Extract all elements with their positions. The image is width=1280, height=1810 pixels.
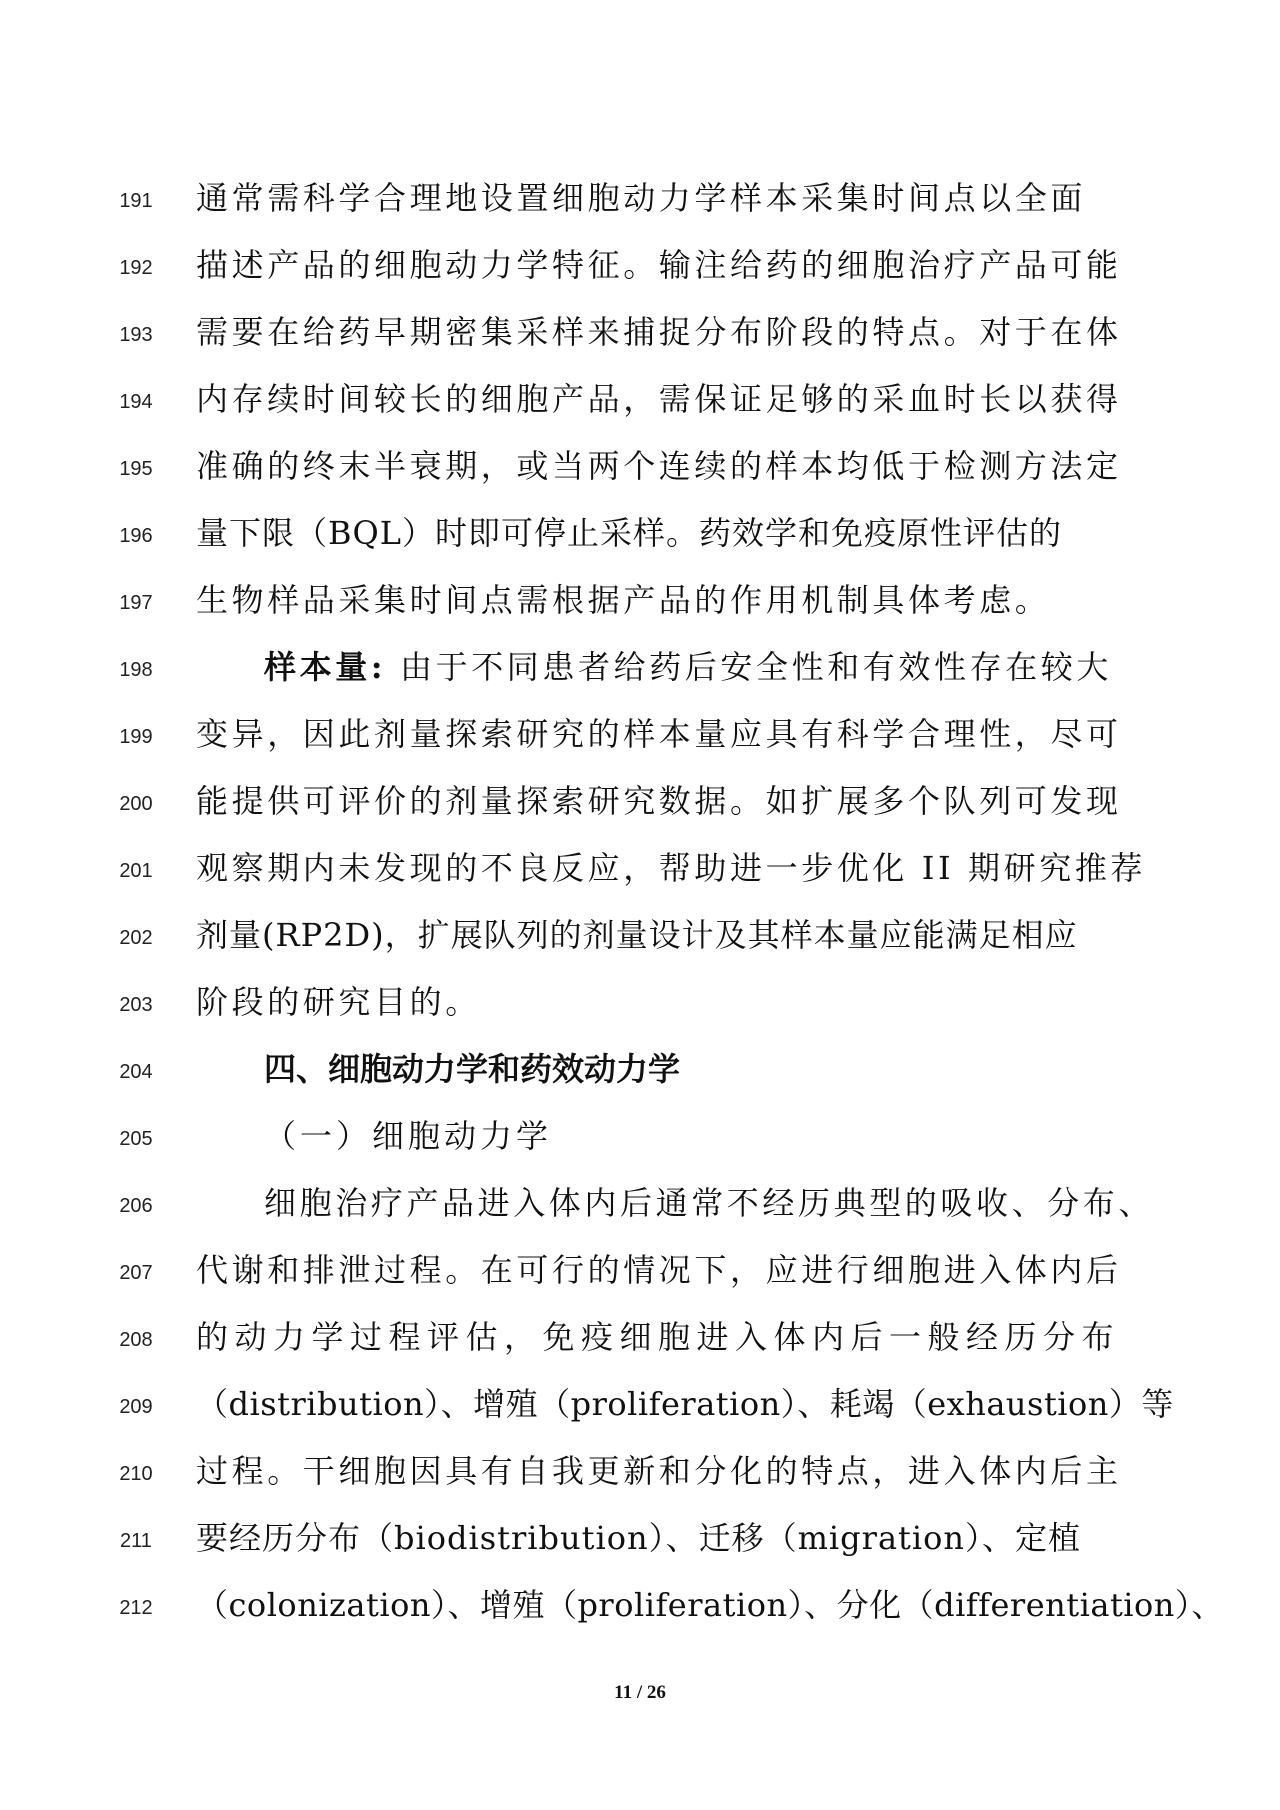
line-text: （distribution）、增殖（proliferation）、耗竭（exha…	[196, 1380, 1096, 1428]
line-text: 细胞治疗产品进入体内后通常不经历典型的吸收、分布、	[264, 1179, 1096, 1227]
page-number-indicator: 11 / 26	[0, 1682, 1280, 1704]
text-line: 208 的动力学过程评估，免疫细胞进入体内后一般经历分布	[0, 1309, 1280, 1376]
text-line: 200 能提供可评价的剂量探索研究数据。如扩展多个队列可发现	[0, 773, 1280, 840]
line-number: 202	[110, 927, 162, 950]
line-number: 193	[110, 324, 162, 347]
line-number: 201	[110, 860, 162, 883]
section-heading-line: 204 四、细胞动力学和药效动力学	[0, 1041, 1280, 1108]
line-text: 量下限（BQL）时即可停止采样。药效学和免疫原性评估的	[196, 509, 1096, 557]
line-number: 206	[110, 1195, 162, 1218]
line-number: 210	[110, 1463, 162, 1486]
text-line: 203 阶段的研究目的。	[0, 974, 1280, 1041]
text-line: 198 样本量: 由于不同患者给药后安全性和有效性存在较大	[0, 639, 1280, 706]
text-line: 202 剂量(RP2D)，扩展队列的剂量设计及其样本量应能满足相应	[0, 907, 1280, 974]
line-text: 生物样品采集时间点需根据产品的作用机制具体考虑。	[196, 576, 1096, 624]
text-line: 201 观察期内未发现的不良反应，帮助进一步优化 II 期研究推荐	[0, 840, 1280, 907]
text-line: 199 变异，因此剂量探索研究的样本量应具有科学合理性，尽可	[0, 706, 1280, 773]
line-number: 199	[110, 726, 162, 749]
line-text: （colonization）、增殖（proliferation）、分化（diff…	[196, 1581, 1096, 1629]
line-number: 212	[110, 1597, 162, 1620]
line-text: 描述产品的细胞动力学特征。输注给药的细胞治疗产品可能	[196, 241, 1096, 289]
text-line: 194 内存续时间较长的细胞产品，需保证足够的采血时长以获得	[0, 371, 1280, 438]
text-line: 195 准确的终末半衰期，或当两个连续的样本均低于检测方法定	[0, 438, 1280, 505]
line-number: 211	[110, 1530, 162, 1553]
line-number: 192	[110, 257, 162, 280]
line-text: 过程。干细胞因具有自我更新和分化的特点，进入体内后主	[196, 1447, 1096, 1495]
bold-lead-label: 样本量:	[264, 648, 386, 686]
line-number: 196	[110, 525, 162, 548]
line-number: 194	[110, 391, 162, 414]
text-line: 207 代谢和排泄过程。在可行的情况下，应进行细胞进入体内后	[0, 1242, 1280, 1309]
line-number: 204	[110, 1061, 162, 1084]
text-line: 191 通常需科学合理地设置细胞动力学样本采集时间点以全面	[0, 170, 1280, 237]
text-line: 197 生物样品采集时间点需根据产品的作用机制具体考虑。	[0, 572, 1280, 639]
line-text: 观察期内未发现的不良反应，帮助进一步优化 II 期研究推荐	[196, 844, 1096, 892]
line-number: 198	[110, 659, 162, 682]
line-text: 剂量(RP2D)，扩展队列的剂量设计及其样本量应能满足相应	[196, 911, 1096, 959]
line-text: 准确的终末半衰期，或当两个连续的样本均低于检测方法定	[196, 442, 1096, 490]
document-page: 191 通常需科学合理地设置细胞动力学样本采集时间点以全面 192 描述产品的细…	[0, 0, 1280, 1810]
line-number: 203	[110, 994, 162, 1017]
text-line: 212 （colonization）、增殖（proliferation）、分化（…	[0, 1577, 1280, 1644]
line-number: 191	[110, 190, 162, 213]
line-number: 208	[110, 1329, 162, 1352]
section-heading: 四、细胞动力学和药效动力学	[264, 1045, 1096, 1093]
subsection-heading-line: 205 （一）细胞动力学	[0, 1108, 1280, 1175]
line-text: 代谢和排泄过程。在可行的情况下，应进行细胞进入体内后	[196, 1246, 1096, 1294]
line-text: 通常需科学合理地设置细胞动力学样本采集时间点以全面	[196, 174, 1096, 222]
line-text-rest: 由于不同患者给药后安全性和有效性存在较大	[400, 648, 1112, 686]
line-text: 变异，因此剂量探索研究的样本量应具有科学合理性，尽可	[196, 710, 1096, 758]
line-text: 阶段的研究目的。	[196, 978, 1096, 1026]
line-number: 200	[110, 793, 162, 816]
line-number: 205	[110, 1128, 162, 1151]
line-text: 的动力学过程评估，免疫细胞进入体内后一般经历分布	[196, 1313, 1096, 1361]
line-number: 209	[110, 1396, 162, 1419]
text-line: 211 要经历分布（biodistribution）、迁移（migration）…	[0, 1510, 1280, 1577]
text-line: 206 细胞治疗产品进入体内后通常不经历典型的吸收、分布、	[0, 1175, 1280, 1242]
line-number: 195	[110, 458, 162, 481]
text-line: 210 过程。干细胞因具有自我更新和分化的特点，进入体内后主	[0, 1443, 1280, 1510]
text-line: 193 需要在给药早期密集采样来捕捉分布阶段的特点。对于在体	[0, 304, 1280, 371]
subsection-heading: （一）细胞动力学	[264, 1112, 1096, 1160]
line-text: 能提供可评价的剂量探索研究数据。如扩展多个队列可发现	[196, 777, 1096, 825]
text-line: 209 （distribution）、增殖（proliferation）、耗竭（…	[0, 1376, 1280, 1443]
text-line: 196 量下限（BQL）时即可停止采样。药效学和免疫原性评估的	[0, 505, 1280, 572]
line-text: 样本量: 由于不同患者给药后安全性和有效性存在较大	[264, 643, 1096, 691]
line-text: 内存续时间较长的细胞产品，需保证足够的采血时长以获得	[196, 375, 1096, 423]
line-text: 需要在给药早期密集采样来捕捉分布阶段的特点。对于在体	[196, 308, 1096, 356]
line-text: 要经历分布（biodistribution）、迁移（migration）、定植	[196, 1514, 1096, 1562]
text-line: 192 描述产品的细胞动力学特征。输注给药的细胞治疗产品可能	[0, 237, 1280, 304]
line-number: 197	[110, 592, 162, 615]
line-number: 207	[110, 1262, 162, 1285]
